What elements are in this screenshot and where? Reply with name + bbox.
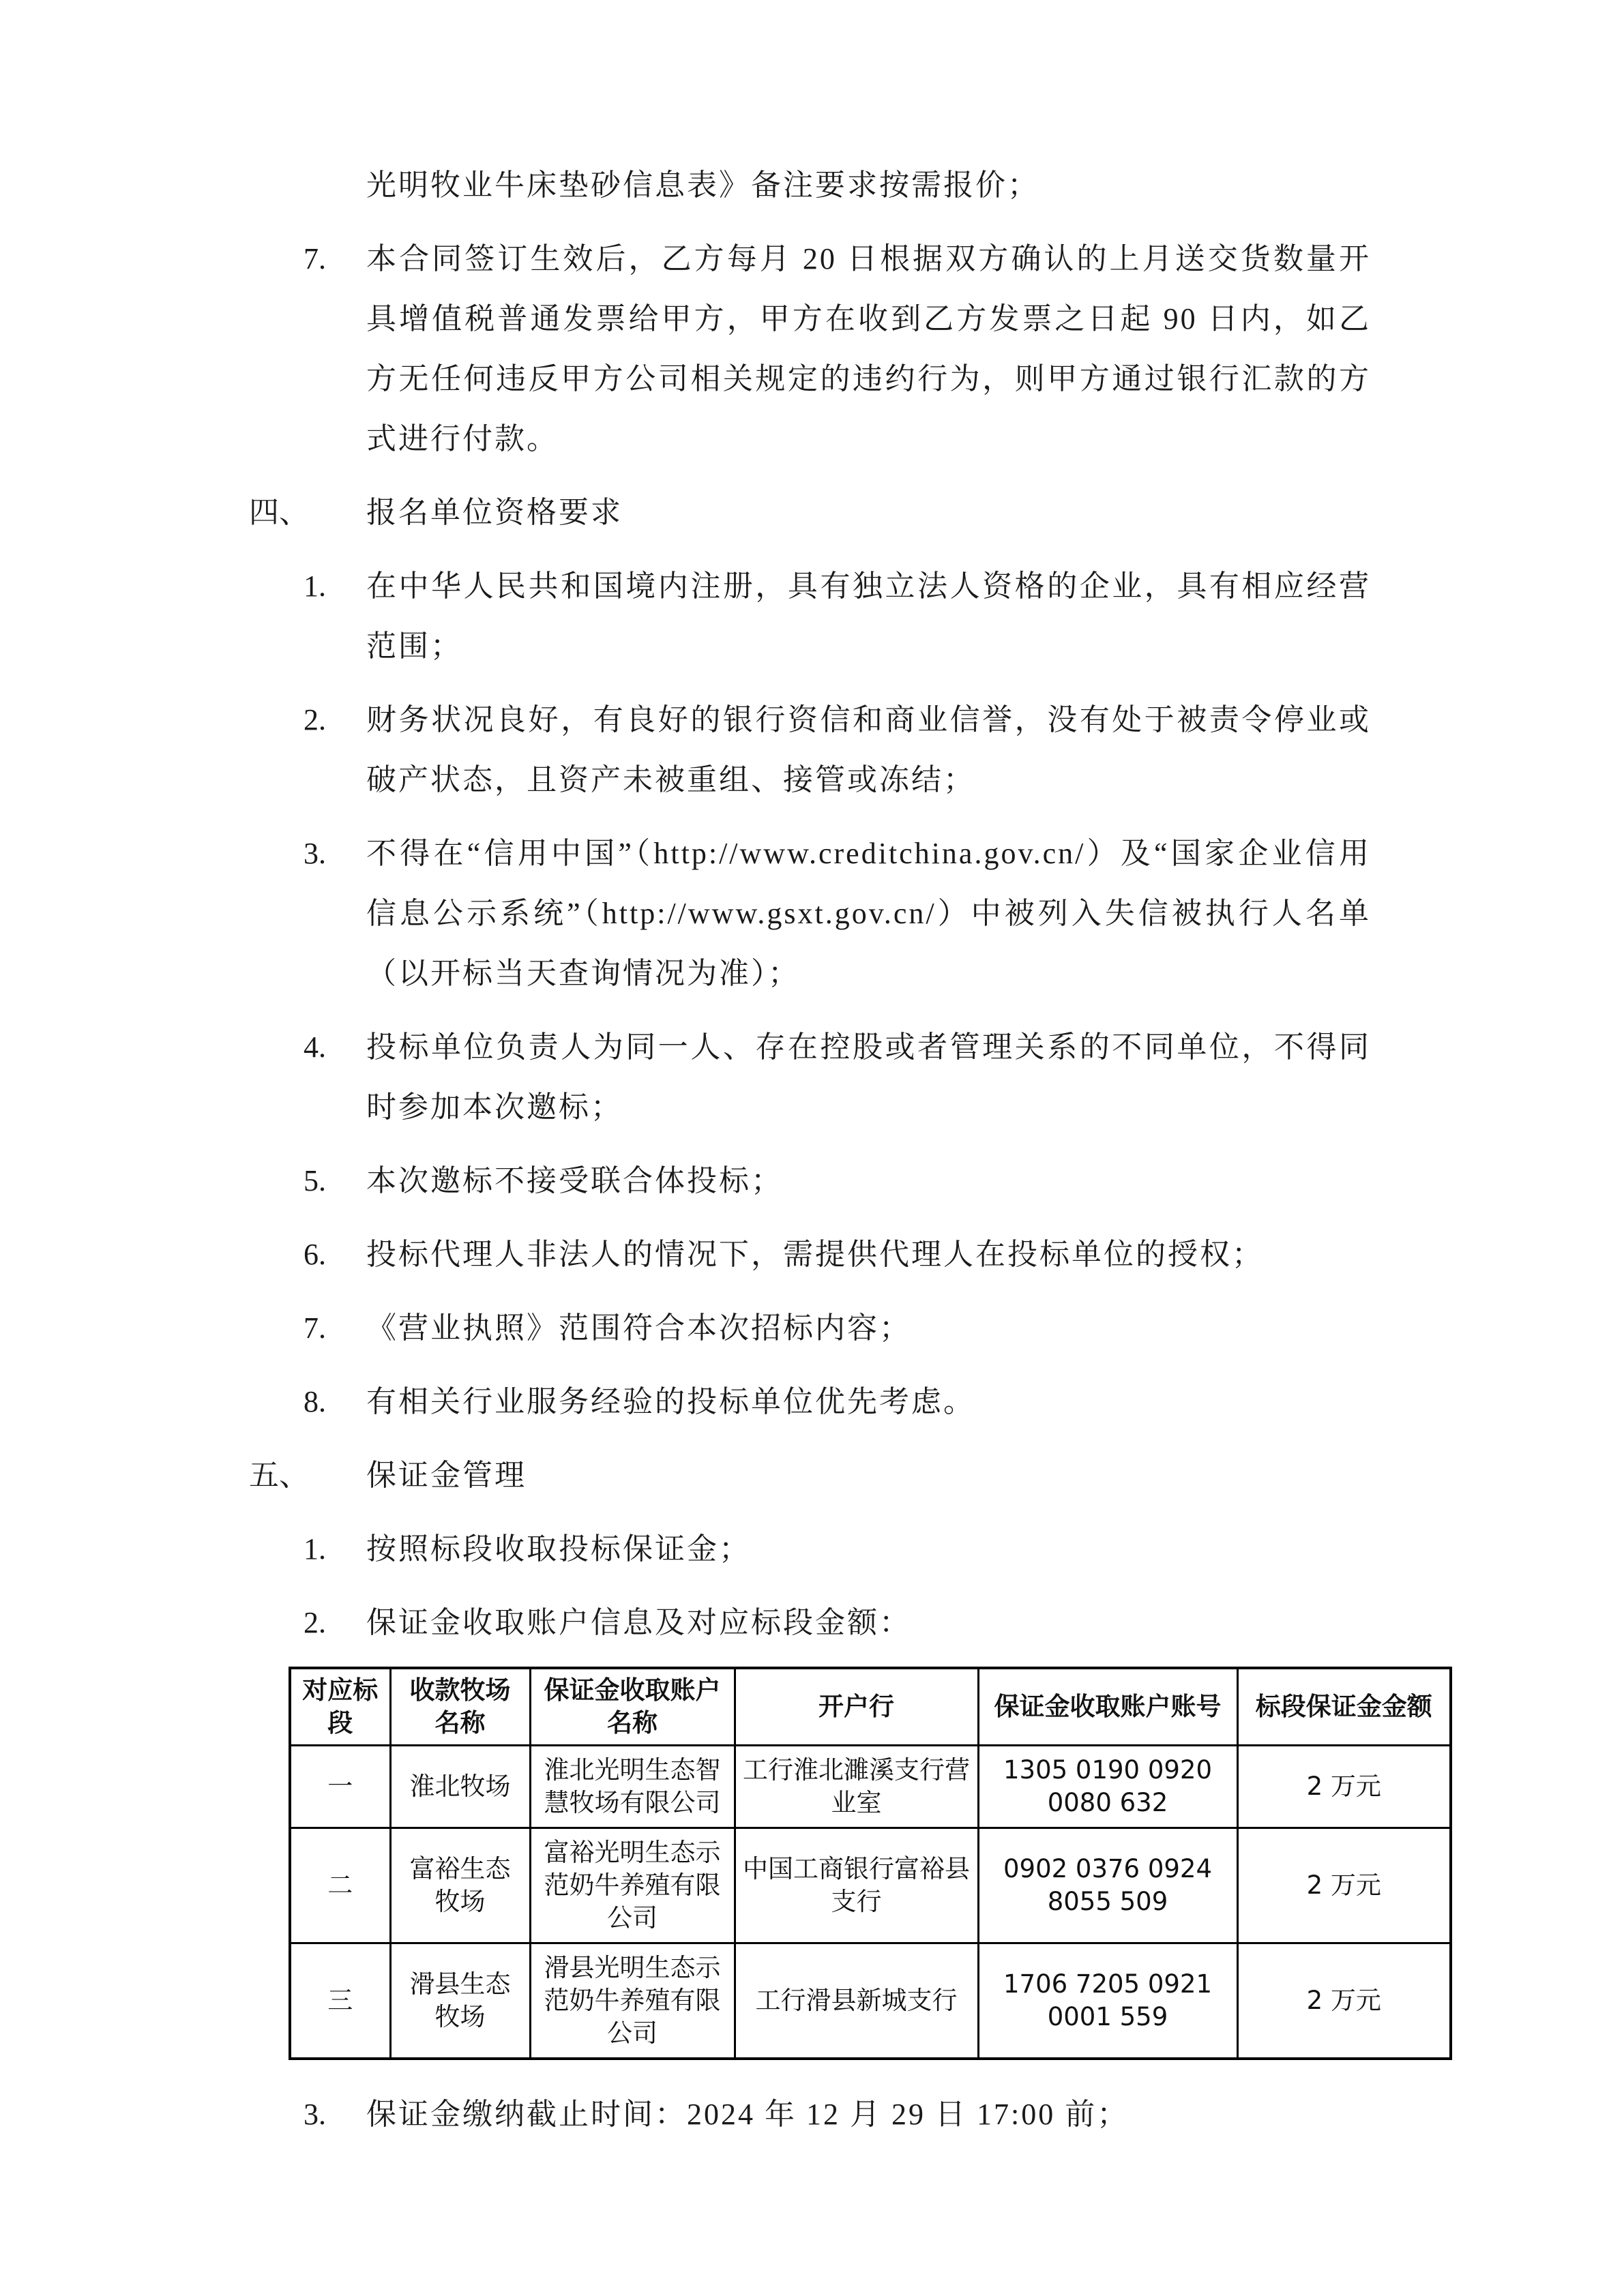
item-text: 投标单位负责人为同一人、存在控股或者管理关系的不同单位，不得同时参加本次邀标； [366, 1030, 1371, 1124]
item-number: 8. [304, 1372, 326, 1432]
list-item: 7. 《营业执照》范围符合本次招标内容； [249, 1298, 1371, 1358]
table-cell: 工行淮北濉溪支行营 业室 [735, 1746, 978, 1828]
item-number: 2. [304, 690, 326, 750]
table-cell: 三 [290, 1943, 390, 2059]
continuation-paragraph: 光明牧业牛床垫砂信息表》备注要求按需报价； [249, 155, 1371, 215]
table-header-row: 对应标 段 收款牧场 名称 保证金收取账户 名称 开户行 保证金收取账户账号 标… [290, 1668, 1451, 1746]
table-cell: 一 [290, 1746, 390, 1828]
item-text: 保证金缴纳截止时间：2024 年 12 月 29 日 17:00 前； [366, 2098, 1129, 2131]
table-header-cell: 保证金收取账户 名称 [530, 1668, 735, 1746]
item-text: 保证金收取账户信息及对应标段金额： [366, 1606, 911, 1639]
table-row: 一 淮北牧场 淮北光明生态智 慧牧场有限公司 工行淮北濉溪支行营 业室 1305… [290, 1746, 1451, 1828]
item-number: 7. [304, 229, 326, 289]
section-heading-4: 四、 报名单位资格要求 [249, 483, 1371, 543]
section-title: 报名单位资格要求 [366, 496, 623, 529]
item-number: 3. [304, 824, 326, 884]
list-item: 6. 投标代理人非法人的情况下，需提供代理人在投标单位的授权； [249, 1225, 1371, 1285]
item-number: 1. [304, 556, 326, 616]
section-number: 五、 [249, 1446, 309, 1506]
section-number: 四、 [249, 483, 309, 543]
table-cell: 淮北光明生态智 慧牧场有限公司 [530, 1746, 735, 1828]
table-cell: 富裕光明生态示 范奶牛养殖有限 公司 [530, 1828, 735, 1943]
table-cell: 二 [290, 1828, 390, 1943]
list-item: 2. 保证金收取账户信息及对应标段金额： [249, 1593, 1371, 1653]
table-cell: 1706 7205 0921 0001 559 [978, 1943, 1237, 2059]
item-text: 投标代理人非法人的情况下，需提供代理人在投标单位的授权； [366, 1238, 1264, 1271]
table-row: 三 滑县生态 牧场 滑县光明生态示 范奶牛养殖有限 公司 工行滑县新城支行 17… [290, 1943, 1451, 2059]
table-cell: 0902 0376 0924 8055 509 [978, 1828, 1237, 1943]
item-text: 在中华人民共和国境内注册，具有独立法人资格的企业，具有相应经营范围； [366, 569, 1371, 663]
list-item: 3. 不得在“信用中国”（http://www.creditchina.gov.… [249, 824, 1371, 1004]
item-text: 财务状况良好，有良好的银行资信和商业信誉，没有处于被责令停业或破产状态，且资产未… [366, 703, 1371, 796]
item-number: 5. [304, 1151, 326, 1211]
item-number: 6. [304, 1225, 326, 1285]
list-item: 1. 在中华人民共和国境内注册，具有独立法人资格的企业，具有相应经营范围； [249, 556, 1371, 676]
list-item: 8. 有相关行业服务经验的投标单位优先考虑。 [249, 1372, 1371, 1432]
list-item: 5. 本次邀标不接受联合体投标； [249, 1151, 1371, 1211]
item-number: 7. [304, 1298, 326, 1358]
item-text: 本合同签订生效后，乙方每月 20 日根据双方确认的上月送交货数量开具增值税普通发… [366, 242, 1371, 456]
item-number: 2. [304, 1593, 326, 1653]
paragraph-text: 光明牧业牛床垫砂信息表》备注要求按需报价； [366, 168, 1039, 202]
table-cell: 工行滑县新城支行 [735, 1943, 978, 2059]
table-cell: 2 万元 [1237, 1828, 1451, 1943]
table-header-cell: 保证金收取账户账号 [978, 1668, 1237, 1746]
deposit-accounts-table: 对应标 段 收款牧场 名称 保证金收取账户 名称 开户行 保证金收取账户账号 标… [289, 1667, 1452, 2060]
table-cell: 2 万元 [1237, 1746, 1451, 1828]
table-cell: 1305 0190 0920 0080 632 [978, 1746, 1237, 1828]
table-header-cell: 对应标 段 [290, 1668, 390, 1746]
item-text: 有相关行业服务经验的投标单位优先考虑。 [366, 1385, 975, 1418]
table-row: 二 富裕生态 牧场 富裕光明生态示 范奶牛养殖有限 公司 中国工商银行富裕县 支… [290, 1828, 1451, 1943]
item-text: 《营业执照》范围符合本次招标内容； [366, 1311, 911, 1345]
item-number: 3. [304, 2085, 326, 2145]
item-text: 按照标段收取投标保证金； [366, 1532, 751, 1566]
table-cell: 2 万元 [1237, 1943, 1451, 2059]
list-item: 2. 财务状况良好，有良好的银行资信和商业信誉，没有处于被责令停业或破产状态，且… [249, 690, 1371, 810]
section-heading-5: 五、 保证金管理 [249, 1446, 1371, 1506]
item-number: 1. [304, 1519, 326, 1579]
table-cell: 中国工商银行富裕县 支行 [735, 1828, 978, 1943]
document-page: 光明牧业牛床垫砂信息表》备注要求按需报价； 7. 本合同签订生效后，乙方每月 2… [0, 0, 1624, 2296]
table-cell: 富裕生态 牧场 [390, 1828, 530, 1943]
table-cell: 滑县生态 牧场 [390, 1943, 530, 2059]
table-header-cell: 标段保证金金额 [1237, 1668, 1451, 1746]
table-cell: 滑县光明生态示 范奶牛养殖有限 公司 [530, 1943, 735, 2059]
item-text: 不得在“信用中国”（http://www.creditchina.gov.cn/… [366, 837, 1371, 990]
list-item: 3. 保证金缴纳截止时间：2024 年 12 月 29 日 17:00 前； [249, 2085, 1371, 2145]
list-item: 1. 按照标段收取投标保证金； [249, 1519, 1371, 1579]
table-header-cell: 开户行 [735, 1668, 978, 1746]
table-cell: 淮北牧场 [390, 1746, 530, 1828]
item-number: 4. [304, 1017, 326, 1077]
list-item: 7. 本合同签订生效后，乙方每月 20 日根据双方确认的上月送交货数量开具增值税… [249, 229, 1371, 469]
table-header-cell: 收款牧场 名称 [390, 1668, 530, 1746]
list-item: 4. 投标单位负责人为同一人、存在控股或者管理关系的不同单位，不得同时参加本次邀… [249, 1017, 1371, 1137]
item-text: 本次邀标不接受联合体投标； [366, 1164, 783, 1197]
section-title: 保证金管理 [366, 1459, 527, 1492]
